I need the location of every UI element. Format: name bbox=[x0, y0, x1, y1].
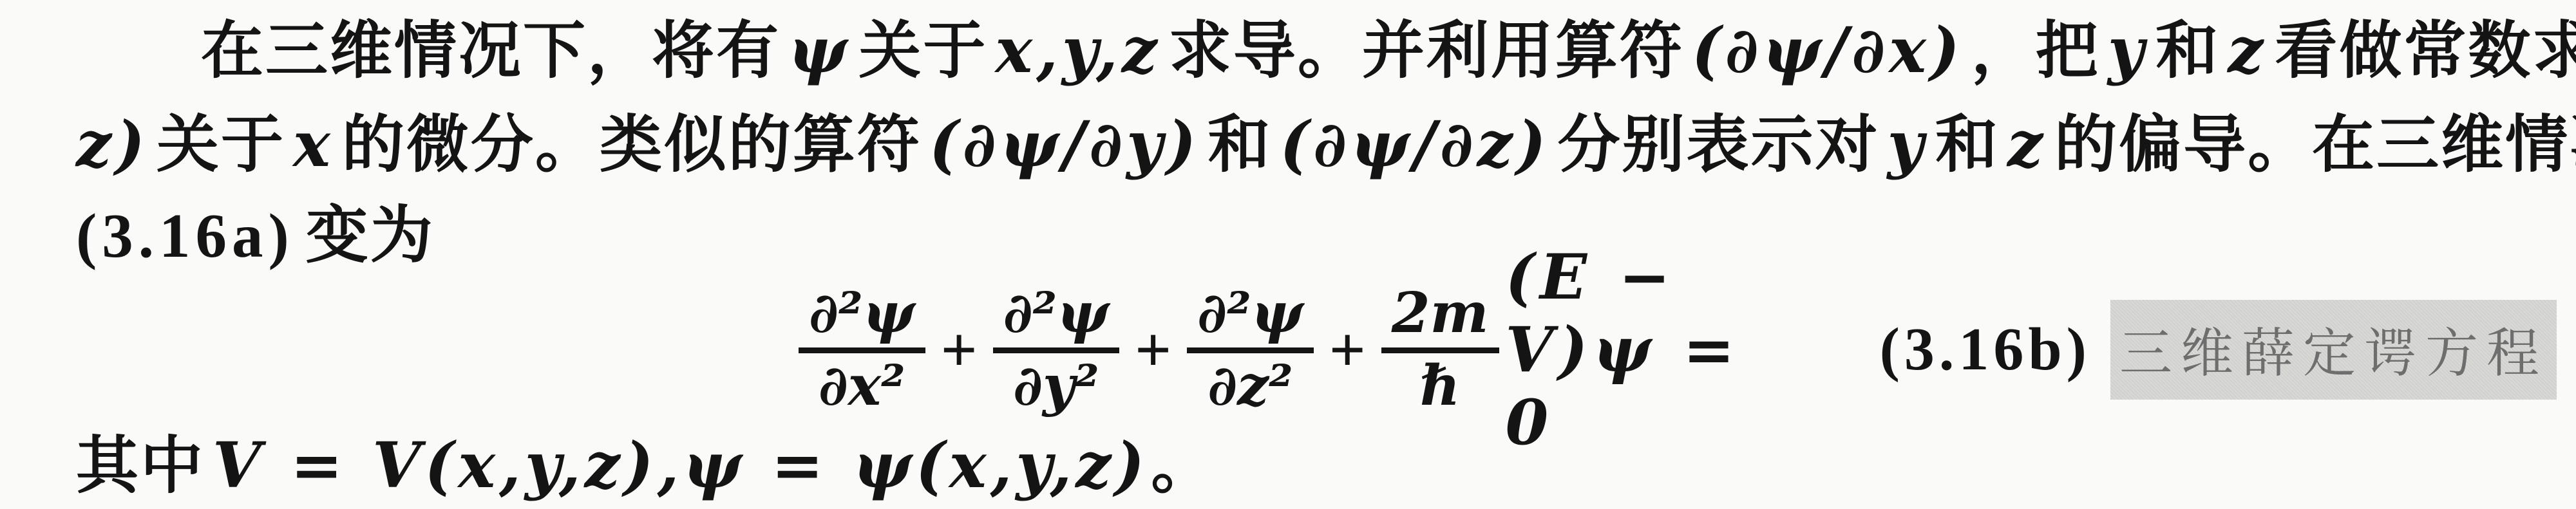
text-run: 关于 bbox=[156, 111, 285, 180]
text-run: 变为 bbox=[306, 201, 435, 270]
math-z: z bbox=[2228, 14, 2267, 87]
math-y: y bbox=[1888, 107, 1927, 181]
text-run: 求导。并利用算符 bbox=[1169, 17, 1684, 86]
math-y: y bbox=[2108, 14, 2148, 87]
fraction-d2psi-dx2: ∂²ψ ∂x² bbox=[799, 284, 925, 415]
math-x: x bbox=[293, 107, 334, 181]
equation-ref-3-16a: (3.16a) bbox=[76, 201, 294, 270]
plus-operator: + bbox=[941, 313, 978, 387]
fraction-numerator: ∂²ψ bbox=[799, 284, 925, 353]
text-run: 的微分。类似的算符 bbox=[342, 111, 922, 180]
fraction-denominator: ∂z² bbox=[1197, 353, 1303, 415]
math-xyz: x,y,z bbox=[995, 14, 1161, 87]
math-dpsi-dz: (∂ψ/∂z) bbox=[1280, 107, 1549, 181]
text-run: 分别表示对 bbox=[1558, 111, 1880, 180]
paragraph-line-5: 其中V = V(x,y,z),ψ = ψ(x,y,z)。 bbox=[76, 418, 2564, 509]
text-run: 关于 bbox=[858, 17, 987, 86]
text-run: 在三维情况下，将有 bbox=[201, 17, 781, 86]
fraction-denominator: ∂x² bbox=[808, 353, 916, 415]
math-psi: ψ bbox=[788, 14, 851, 87]
text-run: 和 bbox=[1935, 111, 2000, 180]
fraction-d2psi-dz2: ∂²ψ ∂z² bbox=[1187, 284, 1314, 415]
margin-note-highlight: 三维薛定谔方程 bbox=[2110, 300, 2557, 400]
text-run: 看做常数求 bbox=[2275, 17, 2576, 86]
math-z: z bbox=[2007, 107, 2047, 181]
plus-operator: + bbox=[1329, 313, 1366, 387]
fraction-numerator: ∂²ψ bbox=[993, 284, 1120, 353]
scanned-textbook-page: 在三维情况下，将有ψ关于x,y,z求导。并利用算符(∂ψ/∂x)，把y和z看做常… bbox=[0, 0, 2576, 509]
math-dpsi-dx: (∂ψ/∂x) bbox=[1692, 14, 1964, 87]
math-v-psi-functions: V = V(x,y,z),ψ = ψ(x,y,z) bbox=[213, 429, 1148, 502]
plus-operator: + bbox=[1135, 313, 1171, 387]
text-run: 和 bbox=[2155, 17, 2220, 86]
equation-3-16b: ∂²ψ ∂x² + ∂²ψ ∂y² + ∂²ψ ∂z² + 2m ℏ (E − … bbox=[76, 281, 2567, 418]
text-run: 的偏导。在三维情况下，式 bbox=[2054, 111, 2576, 180]
paragraph-line-3: (3.16a)变为 bbox=[76, 192, 2564, 281]
text-run: ，把 bbox=[1971, 17, 2100, 86]
text-run: 。 bbox=[1151, 432, 1215, 501]
equation-tail: (E − V)ψ = 0 bbox=[1506, 241, 1801, 459]
fraction-denominator: ℏ bbox=[1410, 353, 1471, 415]
fraction-numerator: ∂²ψ bbox=[1187, 284, 1314, 353]
paragraph-line-1: 在三维情况下，将有ψ关于x,y,z求导。并利用算符(∂ψ/∂x)，把y和z看做常… bbox=[76, 4, 2564, 98]
equation-number: (3.16b) bbox=[1880, 315, 2091, 384]
fraction-2m-hbar: 2m ℏ bbox=[1381, 284, 1499, 415]
paragraph-line-2: z)关于x的微分。类似的算符(∂ψ/∂y)和(∂ψ/∂z)分别表示对y和z的偏导… bbox=[76, 98, 2564, 192]
fraction-d2psi-dy2: ∂²ψ ∂y² bbox=[993, 284, 1120, 415]
fraction-denominator: ∂y² bbox=[1003, 353, 1110, 415]
math-dpsi-dy: (∂ψ/∂y) bbox=[929, 107, 1200, 181]
text-run: 其中 bbox=[76, 432, 205, 501]
text-run: 和 bbox=[1207, 111, 1272, 180]
fraction-numerator: 2m bbox=[1381, 284, 1499, 353]
math-z-paren: z) bbox=[76, 107, 149, 181]
